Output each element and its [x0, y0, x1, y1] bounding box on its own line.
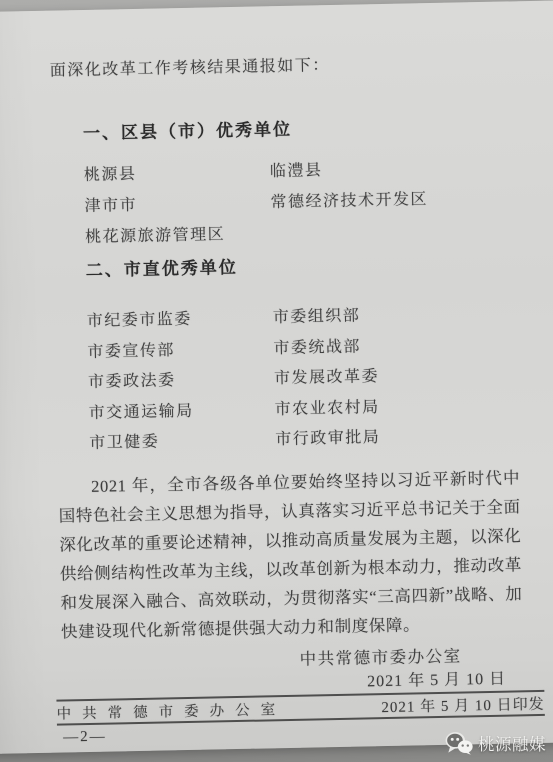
unit-name: 临澧县: [270, 151, 515, 187]
unit-name: 市交通运输局: [88, 395, 275, 429]
section-1-heading: 一、区县（市）优秀单位: [51, 113, 513, 146]
document-content: 面深化改革工作考核结果通报如下： 一、区县（市）优秀单位 桃源县 临澧县 津市市…: [0, 0, 553, 754]
unit-name: 市发展改革委: [274, 359, 519, 394]
unit-name: 市委宣传部: [87, 334, 274, 368]
photo-background: 面深化改革工作考核结果通报如下： 一、区县（市）优秀单位 桃源县 临澧县 津市市…: [0, 0, 553, 762]
intro-line: 面深化改革工作考核结果通报如下：: [50, 51, 512, 82]
unit-name: 桃源县: [84, 156, 271, 191]
footer-print-date: 2021 年 5 月 10 日印发: [381, 692, 545, 716]
unit-name: 市委政法委: [88, 364, 275, 398]
unit-name: 桃花源旅游管理区: [85, 218, 272, 253]
media-watermark: 桃源融媒: [445, 731, 546, 755]
unit-name: 市行政审批局: [275, 420, 520, 455]
wechat-bubbles-icon: [445, 731, 473, 755]
closing-paragraph: 2021 年，全市各级各单位要始终坚持以习近平新时代中国特色社会主义思想为指导，…: [58, 463, 523, 646]
unit-name: 市委统战部: [273, 329, 518, 364]
unit-name: 市卫健委: [89, 425, 276, 459]
section-1-list: 桃源县 临澧县 津市市 常德经济技术开发区 桃花源旅游管理区: [52, 151, 516, 253]
unit-name: 津市市: [84, 187, 271, 222]
section-2-list: 市纪委市监委 市委组织部 市委宣传部 市委统战部 市委政法委 市发展改革委 市交…: [55, 298, 520, 460]
unit-name: 市农业农村局: [274, 390, 519, 425]
watermark-label: 桃源融媒: [478, 731, 546, 755]
unit-name: 市委组织部: [273, 298, 518, 333]
unit-name: 市纪委市监委: [87, 303, 274, 337]
unit-name: 常德经济技术开发区: [270, 182, 515, 218]
document-page: 面深化改革工作考核结果通报如下： 一、区县（市）优秀单位 桃源县 临澧县 津市市…: [0, 0, 553, 754]
section-2-heading: 二、市直优秀单位: [54, 250, 516, 283]
unit-name: [271, 213, 516, 249]
